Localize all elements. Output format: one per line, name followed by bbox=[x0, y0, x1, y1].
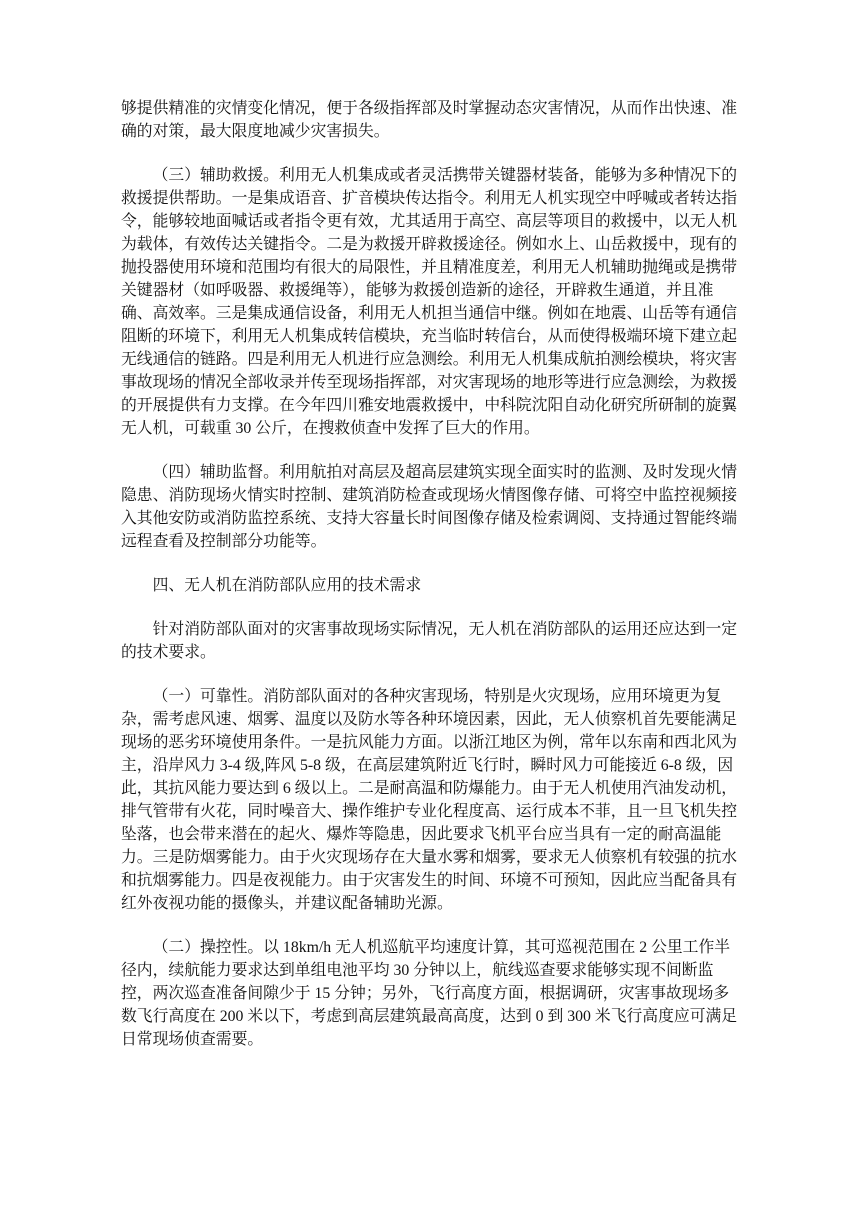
paragraph: （三）辅助救援。利用无人机集成或者灵活携带关键器材装备，能够为多种情况下的救援提… bbox=[121, 164, 738, 440]
section-heading: 四、无人机在消防部队应用的技术需求 bbox=[121, 574, 738, 597]
paragraph: （一）可靠性。消防部队面对的各种灾害现场，特别是火灾现场，应用环境更为复杂，需考… bbox=[121, 685, 738, 915]
paragraph: （二）操控性。以 18km/h 无人机巡航平均速度计算，其可巡视范围在 2 公里… bbox=[121, 936, 738, 1051]
document-page: 够提供精准的灾情变化情况，便于各级指挥部及时掌握动态灾害情况，从而作出快速、准确… bbox=[0, 0, 854, 1207]
paragraph: 够提供精准的灾情变化情况，便于各级指挥部及时掌握动态灾害情况，从而作出快速、准确… bbox=[121, 97, 738, 143]
paragraph: （四）辅助监督。利用航拍对高层及超高层建筑实现全面实时的监测、及时发现火情隐患、… bbox=[121, 461, 738, 553]
paragraph: 针对消防部队面对的灾害事故现场实际情况，无人机在消防部队的运用还应达到一定的技术… bbox=[121, 618, 738, 664]
